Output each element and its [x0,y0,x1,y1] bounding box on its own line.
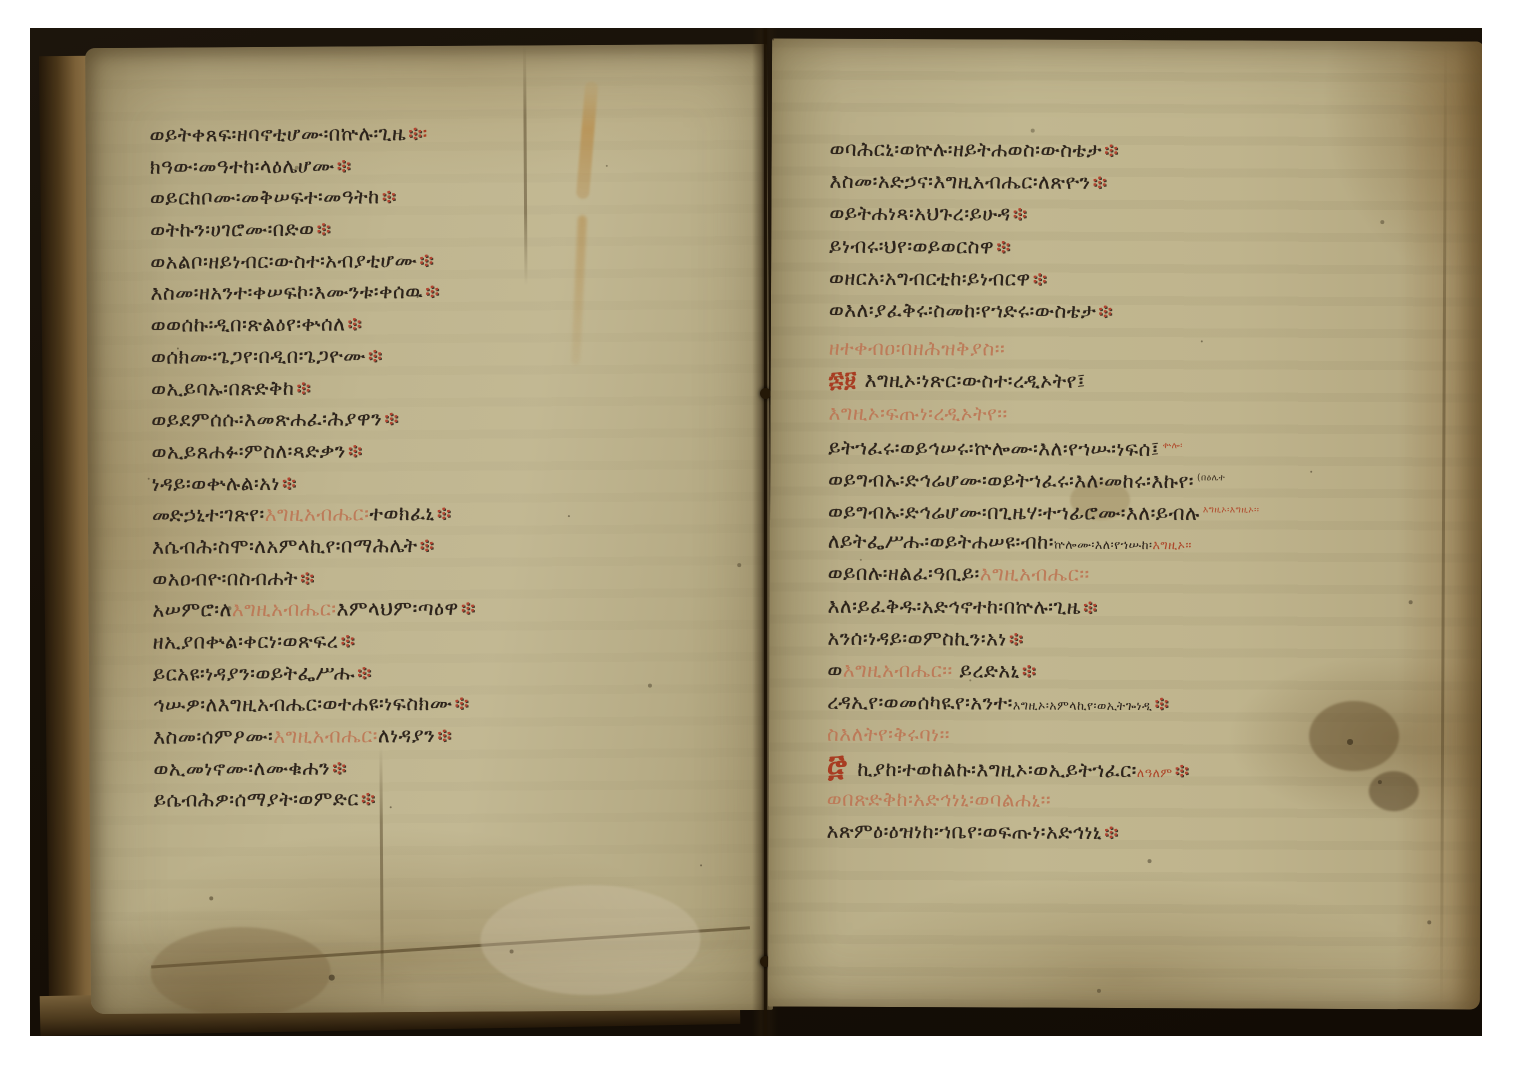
text-segment: ፨ [425,279,440,303]
text-segment: እግዚኦ፡ነጽር፡ውስተ፡ረዲኦትየ፤ [865,368,1086,393]
right-page: ወባሕርኒ፡ወኵሉ፡ዘይትሐወስ፡ውስቴታ፨እስመ፡አድኃና፡እግዚአብሔር፡ለ… [768,38,1482,1009]
parchment-specks [772,38,774,40]
text-line: ወኢይባኡ፡በጽድቅከ፨ [151,370,751,405]
scanned-manuscript-page: ወይትቀጸፍ፡ዘባኖቲሆሙ፡በኵሉ፡ጊዜ፨፡ክዓው፡መዓተከ፡ላዕሌሆሙ፨ወይር… [0,0,1515,1071]
text-segment: ፨ [348,438,363,462]
text-line: እስመ፡ሰምዖሙ፡እግዚአብሔር፡ለነዳያን፨ [153,718,753,753]
text-line: እሴብሕ፡ስሞ፡ለአምላኪየ፡በማሕሌት፨ [152,528,752,563]
text-segment: እግዚአብሔር፡ [232,597,337,622]
text-line: ወይግብኡ፡ድኅሬሆሙ፡ወይትኀፈሩ፡እለ፡መከሩ፡እኩየ፡(በዕሌተ [828,461,1478,496]
text-line: አጽምዕ፡ዕዝነከ፡ኀቤየ፡ወፍጡነ፡አድኅነኒ፨ [827,815,1477,850]
text-segment: ፨ [1098,299,1113,323]
text-segment: ይርአዩ፡ነዳያን፡ወይትፌሥሑ [153,660,355,685]
text-line: ረዳኢየ፡ወመሰካዪየ፡አንተ፡እግዚኦ፡አምላኪየ፡ወኢትጐነዲ፨ [827,686,1477,721]
text-line: ኅሡዎ፡ለእግዚአብሔር፡ወተሐዩ፡ነፍስክሙ፨ [153,686,753,721]
text-line: እስመ፡ዘአንተ፡ቀሠፍኮ፡እሙንቱ፡ቀሰዉ፨ [150,274,750,309]
text-segment: ፨ [282,470,297,494]
text-segment: እግዚኦ፡እግዚኦ፡፡ [1203,505,1260,515]
text-line: ወአልቦ፡ዘይነብር፡ውስተ፡አብያቲሆሙ፨ [150,243,750,278]
text-segment: እሴብሕ፡ስሞ፡ለአምላኪየ፡በማሕሌት [152,533,418,559]
text-segment: መድኃኒተ፡ገጽየ፡ [152,502,265,527]
text-segment: ወትኩን፡ሀገሮሙ፡በድወ [150,217,314,242]
text-line: ይርአዩ፡ነዳያን፡ወይትፌሥሑ፨ [153,655,753,690]
manuscript-photo: ወይትቀጸፍ፡ዘባኖቲሆሙ፡በኵሉ፡ጊዜ፨፡ክዓው፡መዓተከ፡ላዕሌሆሙ፨ወይር… [30,28,1482,1036]
text-segment: እስመ፡ዘአንተ፡ቀሠፍኮ፡እሙንቱ፡ቀሰዉ [150,279,423,305]
text-line: ስእለትየ፡ቅሩባነ፡፡ [827,718,1477,753]
text-segment: ፸ [827,748,848,783]
text-segment: ፨ [1104,138,1119,162]
text-line: ፸ኪያከ፡ተወከልኩ፡እግዚኦ፡ወኢይትኀፈር፡ለዓለም፨ [827,750,1477,785]
text-segment: ፨ [1154,691,1169,715]
text-segment: ፨ [368,343,383,367]
text-segment: ይነብሩ፡ህየ፡ወይወርስዋ [829,233,994,258]
left-page-text: ወይትቀጸፍ፡ዘባኖቲሆሙ፡በኵሉ፡ጊዜ፨፡ክዓው፡መዓተከ፡ላዕሌሆሙ፨ወይር… [149,116,753,817]
text-line: ዘተቀብዐ፡በዘሕዝቅያስ፡፡ [829,332,1479,367]
text-segment: ፨ [1092,170,1107,194]
text-segment: ፨ [336,153,351,177]
text-line: ወእለ፡ያፈቅሩ፡ስመከ፡የኀድሩ፡ውስቴታ፨ [829,294,1479,329]
text-segment: ፨ [332,755,347,779]
text-segment: አሠምሮ፡ለ [152,598,231,622]
text-line: ወይትቀጸፍ፡ዘባኖቲሆሙ፡በኵሉ፡ጊዜ፨፡ [149,116,749,151]
text-line: ወሰክሙ፡ጌጋየ፡በዲበ፡ጌጋዮሙ፨ [151,338,751,373]
text-segment: ፨ [1175,758,1190,782]
text-segment: ክዓው፡መዓተከ፡ላዕሌሆሙ [150,153,335,178]
text-segment: ፨ [340,628,355,652]
text-segment: ፨ [384,406,399,430]
text-segment: ወአልቦ፡ዘይነብር፡ውስተ፡አብያቲሆሙ [150,248,417,274]
text-line: እግዚኦ፡ፍጡነ፡ረዲኦትየ፡፡ [828,396,1478,431]
text-segment: ነዳይ፡ወቍሉል፡አነ [152,470,280,495]
text-segment: ፨ [454,691,469,715]
text-segment: ፨ [408,121,423,145]
text-line: ፷፱እግዚኦ፡ነጽር፡ውስተ፡ረዲኦትየ፤ [829,364,1479,399]
text-line: ወኢይጸሐፉ፡ምስለ፡ጻድቃን፨ [151,433,751,468]
text-line: አሠምሮ፡ለእግዚአብሔር፡እምላህም፡ጣዕዋ፨ [152,591,752,626]
text-segment: ወይትሐነጻ፡አህጉረ፡ይሁዳ [829,201,1010,226]
text-line: ይሴብሕዎ፡ሰማያት፡ወምድር፨ [154,781,754,816]
text-line: ለይትፌሥሑ፡ወይትሐሠዩ፡ብከ፡ኵሎሙ፡እለ፡የኀሡከ፡እግዚኦ። [828,525,1478,560]
text-segment: ፨ [296,375,311,399]
text-segment: ወበጽድቅከ፡አድኅነኒ፡ወባልሐኒ፡፡ [827,786,1051,811]
text-line: ወዘርአ፡አግብርቲከ፡ይነብርዋ፨ [829,261,1479,296]
text-segment: ፨ [461,596,476,620]
text-segment: ፨ [1013,202,1028,226]
text-segment: ፨ [316,217,331,241]
text-segment: ፨ [1009,626,1024,650]
text-line: ክዓው፡መዓተከ፡ላዕሌሆሙ፨ [150,148,750,183]
text-segment: ወይግብኡ፡ድኅሬሆሙ፡ወይትኀፈሩ፡እለ፡መከሩ፡እኩየ፡ [828,467,1194,493]
text-segment: ወይርከቦሙ፡መቅሠፍተ፡መዓትከ [150,185,380,210]
text-segment: ኪያከ፡ተወከልኩ፡እግዚኦ፡ወኢይትኀፈር፡ [857,756,1137,781]
text-segment: ፨ [1022,659,1037,683]
text-segment: ኵሎሙ፡እለ፡የኀሡከ፡ [1054,537,1153,552]
text-segment: ወ [827,658,842,682]
text-segment: እግዚአብሔር፡ [273,723,378,748]
text-segment: ፨ [996,234,1011,258]
text-segment: አንሰ፡ነዳይ፡ወምስኪን፡አነ [827,626,1006,651]
text-line: ወትኩን፡ሀገሮሙ፡በድወ፨ [150,211,750,246]
text-segment: እግዚአብሔር፡፡ [843,658,953,682]
text-segment: ለይትፌሥሑ፡ወይትሐሠዩ፡ብከ፡ [828,529,1054,554]
text-segment: ፨ [361,787,376,811]
parchment-specks [85,48,87,50]
text-line: ነዳይ፡ወቍሉል፡አነ፨ [152,465,752,500]
text-segment: ፷፱ [829,368,857,393]
left-page: ወይትቀጸፍ፡ዘባኖቲሆሙ፡በኵሉ፡ጊዜ፨፡ክዓው፡መዓተከ፡ላዕሌሆሙ፨ወይር… [85,44,773,1014]
text-line: ወይደምሰሱ፡እመጽሐፈ፡ሕያዋን፨ [151,401,751,436]
text-segment: ለዓለም [1137,765,1173,780]
text-line: አንሰ፡ነዳይ፡ወምስኪን፡አነ፨ [827,622,1477,657]
text-line: ወይርከቦሙ፡መቅሠፍተ፡መዓትከ፨ [150,179,750,214]
text-segment: ስእለትየ፡ቅሩባነ፡፡ [827,722,950,747]
text-segment: ኅሡዎ፡ለእግዚአብሔር፡ወተሐዩ፡ነፍስክሙ [153,691,453,717]
text-segment: ወእለ፡ያፈቅሩ፡ስመከ፡የኀድሩ፡ውስቴታ [829,298,1096,323]
text-line: ወእግዚአብሔር፡፡ ይረድአኒ፨ [827,654,1477,689]
text-segment: ፨ [1083,594,1098,618]
text-segment: እምላህም፡ጣዕዋ [337,596,459,621]
text-segment: ወኢይባኡ፡በጽድቅከ [151,375,294,400]
text-segment: ፨ [300,565,315,589]
text-segment: ፨ [347,312,362,336]
text-segment: ወይትቀጸፍ፡ዘባኖቲሆሙ፡በኵሉ፡ጊዜ [150,121,407,147]
text-segment: ፡ [423,121,428,145]
text-segment: እለ፡ይፈቅዱ፡አድኅኖተከ፡በኵሉ፡ጊዜ [828,593,1081,618]
text-segment: ዘተቀብዐ፡በዘሕዝቅያስ፡፡ [829,336,1006,361]
text-segment: (በዕሌተ [1197,473,1225,483]
text-line: ወይትሐነጻ፡አህጉረ፡ይሁዳ፨ [829,197,1479,232]
text-segment: ይሴብሕዎ፡ሰማያት፡ወምድር [154,787,359,812]
right-page-text: ወባሕርኒ፡ወኵሉ፡ዘይትሐወስ፡ውስቴታ፨እስመ፡አድኃና፡እግዚአብሔር፡ለ… [827,133,1480,850]
text-segment: እስመ፡ሰምዖሙ፡ [153,724,273,749]
text-segment: ፨ [1033,266,1048,290]
binding-crease-line [764,28,767,1036]
text-line: ወበጽድቅከ፡አድኅነኒ፡ወባልሐኒ፡፡ [827,782,1477,817]
text-segment: ወይበሉ፡ዘልፈ፡ዓቢይ፡ [828,561,980,586]
text-segment: ወኢይጸሐፉ፡ምስለ፡ጻድቃን [151,438,345,463]
binding-thread-knot [760,388,771,399]
text-segment: እግዚኦ፡ፍጡነ፡ረዲኦትየ፡፡ [828,400,1007,425]
text-line: ወባሕርኒ፡ወኵሉ፡ዘይትሐወስ፡ውስቴታ፨ [830,133,1480,168]
text-segment: ወዘርአ፡አግብርቲከ፡ይነብርዋ [829,265,1031,290]
text-segment: ወኢመነኖሙ፡ለሙቁሐን [153,755,330,780]
text-segment: እግዚኦ። [1152,537,1191,552]
text-line: ወይግብኡ፡ድኅሬሆሙ፡በጊዜሃ፡ተኀፊሮሙ፡እለ፡ይብሉእግዚኦ፡እግዚኦ፡፡ [828,493,1478,528]
text-segment: ወይደምሰሱ፡እመጽሐፈ፡ሕያዋን [151,406,382,431]
text-line: ወአዐብዮ፡በስብሐት፨ [152,560,752,595]
text-segment: ፨ [357,660,372,684]
text-segment: ተወክፈኒ [369,501,434,525]
page-stain [480,884,701,995]
text-segment: ፨ [437,501,452,525]
text-segment: ፨ [382,185,397,209]
text-segment: ቍሎ፡ [1163,441,1183,451]
text-segment: ፨ [419,248,434,272]
text-line: ዘኢያበቍል፡ቀርነ፡ወጽፍረ፨ [153,623,753,658]
text-line: ይትኀፈሩ፡ወይኅሠሩ፡ኵሎሙ፡እለ፡የኀሡ፡ነፍሰ፤ቍሎ፡ [828,428,1478,463]
text-line: ወይበሉ፡ዘልፈ፡ዓቢይ፡እግዚአብሔር፡፡ [828,557,1478,592]
text-segment: ፨ [1104,820,1119,844]
text-line: መድኃኒተ፡ገጽየ፡እግዚአብሔር፡ተወክፈኒ፨ [152,496,752,531]
text-segment: ለነዳያን [378,723,435,747]
text-line: እለ፡ይፈቅዱ፡አድኅኖተከ፡በኵሉ፡ጊዜ፨ [828,589,1478,624]
text-segment: ይረድአኒ [953,658,1020,682]
text-segment: ዘኢያበቍል፡ቀርነ፡ወጽፍረ [153,629,339,654]
text-line: ይነብሩ፡ህየ፡ወይወርስዋ፨ [829,229,1479,264]
text-segment: እግዚአብሔር፡ [265,502,370,527]
text-segment: አጽምዕ፡ዕዝነከ፡ኀቤየ፡ወፍጡነ፡አድኅነኒ [827,819,1102,844]
text-segment: ወባሕርኒ፡ወኵሉ፡ዘይትሐወስ፡ውስቴታ [830,137,1102,162]
text-segment: እግዚኦ፡አምላኪየ፡ወኢትጐነዲ [1013,698,1153,714]
text-line: ወኢመነኖሙ፡ለሙቁሐን፨ [153,750,753,785]
text-segment: ረዳኢየ፡ወመሰካዪየ፡አንተ፡ [827,690,1013,715]
text-segment: ወወሰኩ፡ዲበ፡ጽልዕየ፡ቍሰለ [151,312,346,337]
text-segment: ወአዐብዮ፡በስብሐት [152,565,298,590]
text-segment: ወይግብኡ፡ድኅሬሆሙ፡በጊዜሃ፡ተኀፊሮሙ፡እለ፡ይብሉ [828,499,1200,525]
text-segment: ወሰክሙ፡ጌጋየ፡በዲበ፡ጌጋዮሙ [151,343,366,368]
page-stain [150,927,331,1014]
text-segment: ፨ [437,723,452,747]
text-segment: ይትኀፈሩ፡ወይኅሠሩ፡ኵሎሙ፡እለ፡የኀሡ፡ነፍሰ፤ [828,435,1159,460]
text-line: ወወሰኩ፡ዲበ፡ጽልዕየ፡ቍሰለ፨ [151,306,751,341]
text-segment: እስመ፡አድኃና፡እግዚአብሔር፡ለጽዮን [829,169,1090,194]
text-segment: ፨ [419,533,434,557]
text-segment: እግዚአብሔር፡፡ [980,562,1090,586]
text-line: እስመ፡አድኃና፡እግዚአብሔር፡ለጽዮን፨ [829,165,1479,200]
